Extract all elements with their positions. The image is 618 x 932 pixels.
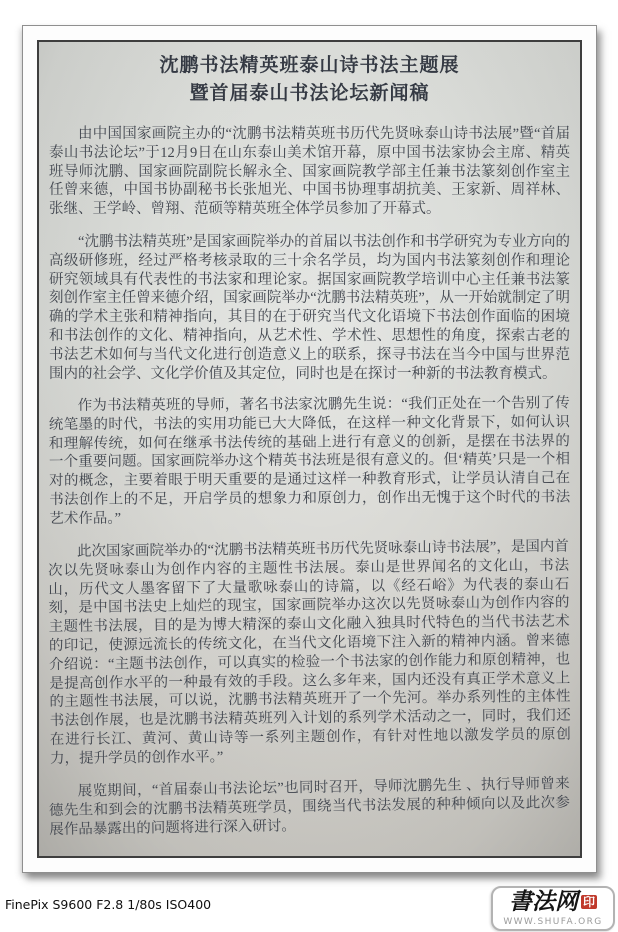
red-seal-icon: 印 xyxy=(581,895,597,909)
body-paragraph: “沈鹏书法精英班”是国家画院举办的首届以书法创作和书学研究为专业方向的高级研修班… xyxy=(49,233,570,383)
body-paragraph: 此次国家画院举办的“沈鹏书法精英班书历代先贤咏泰山诗书法展”，是国内首次以先贤咏… xyxy=(48,537,571,768)
document-title-line1: 沈鹏书法精英班泰山诗书法主题展 xyxy=(49,52,570,80)
watermark-url: WWW.SHUFA.ORG xyxy=(493,917,613,927)
photo-frame: 沈鹏书法精英班泰山诗书法主题展 暨首届泰山书法论坛新闻稿 由中国国家画院主办的“… xyxy=(22,25,597,873)
body-paragraph: 展览期间，“首届泰山书法论坛”也同时召开，导师沈鹏先生 、执行导师曾来德先生和到… xyxy=(49,774,571,839)
document-title-line2: 暨首届泰山书法论坛新闻稿 xyxy=(49,80,570,108)
watermark-badge: 書法网 印 WWW.SHUFA.ORG xyxy=(491,886,615,931)
camera-exif-caption: FinePix S9600 F2.8 1/80s ISO400 xyxy=(5,897,211,912)
watermark-logo-row: 書法网 印 xyxy=(493,889,613,915)
body-paragraph: 由中国国家画院主办的“沈鹏书法精英班书历代先贤咏泰山诗书法展”暨“首届泰山书法论… xyxy=(49,125,570,219)
document-photo: 沈鹏书法精英班泰山诗书法主题展 暨首届泰山书法论坛新闻稿 由中国国家画院主办的“… xyxy=(37,40,582,858)
document-body: 由中国国家画院主办的“沈鹏书法精英班书历代先贤咏泰山诗书法展”暨“首届泰山书法论… xyxy=(49,125,570,839)
body-paragraph: 作为书法精英班的导师，著名书法家沈鹏先生说：“我们正处在一个告别了传统笔墨的时代… xyxy=(49,395,571,529)
page: { "document": { "title_line1": "沈鹏书法精英班泰… xyxy=(0,0,618,932)
watermark-site-name: 書法网 xyxy=(509,890,578,914)
